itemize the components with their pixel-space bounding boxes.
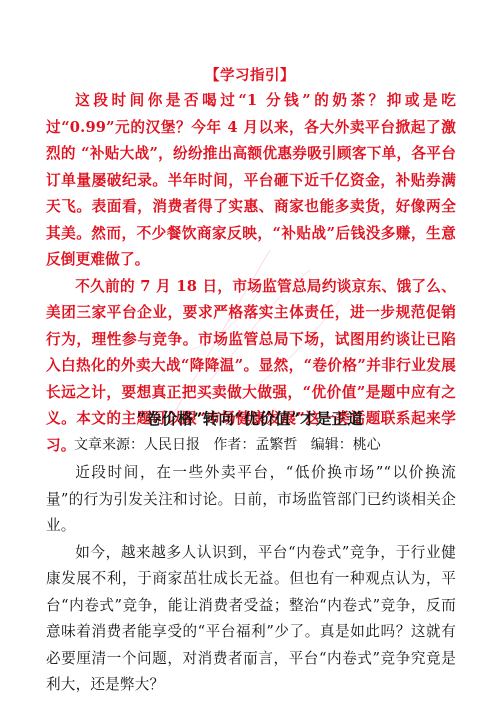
study-guide-section: 这段时间你是否喝过“1 分钱”的奶茶？抑或是吃过“0.99”元的汉堡？今年 4 … — [46, 88, 456, 459]
guide-paragraph-1: 这段时间你是否喝过“1 分钱”的奶茶？抑或是吃过“0.99”元的汉堡？今年 4 … — [46, 88, 456, 274]
author-label: 作者： — [213, 437, 255, 453]
editor-label: 编辑： — [311, 437, 353, 453]
source-value: 人民日报 — [144, 437, 200, 453]
editor-value: 桃心 — [353, 437, 381, 453]
source-label: 文章来源： — [74, 437, 144, 453]
guide-paragraph-2: 不久前的 7 月 18 日，市场监管总局约谈京东、饿了么、美团三家平台企业，要求… — [46, 274, 456, 460]
article-title: “卷价格”转向“优价值”才是正道 — [0, 407, 500, 429]
article-paragraph-1: 近段时间，在一些外卖平台，“低价换市场”“以价换流量”的行为引发关注和讨论。日前… — [46, 460, 456, 540]
document-page: 【学习指引】 这段时间你是否喝过“1 分钱”的奶茶？抑或是吃过“0.99”元的汉… — [0, 0, 500, 707]
author-value: 孟繁哲 — [255, 437, 297, 453]
page-number: 1 — [0, 658, 500, 667]
study-guide-title: 【学习指引】 — [0, 64, 500, 85]
article-paragraph-2: 如今，越来越多人认识到，平台“内卷式”竞争，于行业健康发展不利，于商家茁壮成长无… — [46, 540, 456, 699]
article-meta: 文章来源：人民日报 作者：孟繁哲 编辑：桃心 — [74, 434, 381, 454]
